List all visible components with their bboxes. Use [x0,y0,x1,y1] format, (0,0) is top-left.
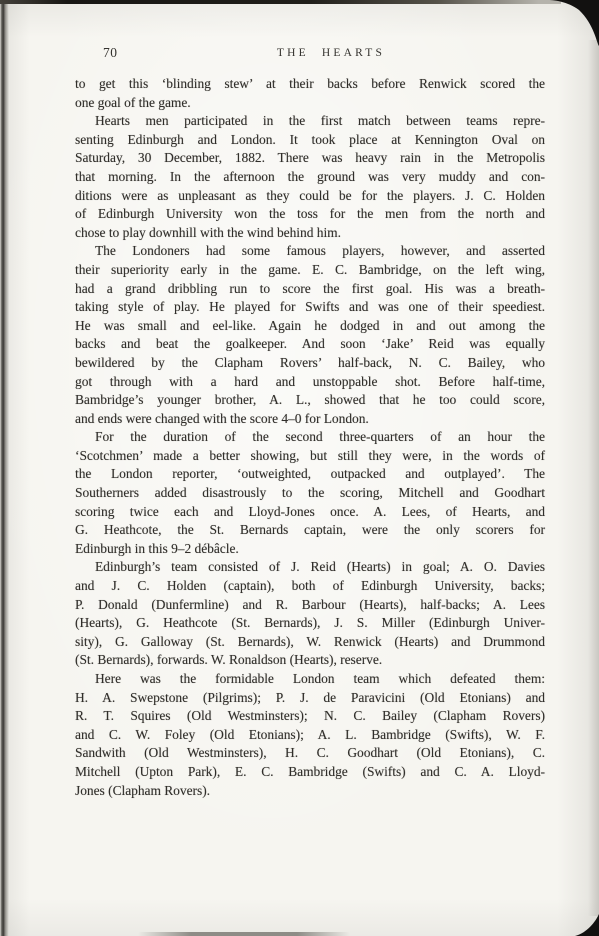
text-line: and ends were changed with the score 4–0… [75,410,545,429]
text-line: ditions were as unpleasant as they could… [75,187,545,206]
text-line: had a grand dribbling run to score the f… [75,280,545,299]
text-line: got through with a hard and unstoppable … [75,373,545,392]
scan-corner-bottom-right [575,914,599,936]
text-line: Mitchell (Upton Park), E. C. Bambridge (… [75,763,545,782]
text-line: Hearts men participated in the first mat… [75,112,545,131]
text-line: Edinburgh in this 9–2 débâcle. [75,540,545,559]
text-line: that morning. In the afternoon the groun… [75,168,545,187]
body-text: to get this ‘blinding stew’ at their bac… [75,75,545,800]
book-page-scan: 70 THE HEARTS to get this ‘blinding stew… [0,0,599,936]
scan-smudge-bottom [138,932,350,936]
text-line: of Edinburgh University won the toss for… [75,205,545,224]
text-line: scoring twice each and Lloyd-Jones once.… [75,503,545,522]
text-line: to get this ‘blinding stew’ at their bac… [75,75,545,94]
text-line: backs and beat the goalkeeper. And soon … [75,335,545,354]
text-line: Here was the formidable London team whic… [75,670,545,689]
scan-corner-top-right [547,0,599,46]
text-line: (Hearts), G. Heathcote (St. Bernards), J… [75,614,545,633]
scan-edge-left [0,0,9,936]
running-title: THE HEARTS [0,47,599,59]
text-line: Edinburgh’s team consisted of J. Reid (H… [75,558,545,577]
page-edge-shading [588,40,599,916]
text-line: ‘Scotchmen’ made a better showing, but s… [75,447,545,466]
text-line: R. T. Squires (Old Westminsters); N. C. … [75,707,545,726]
scan-edge-top [0,0,561,4]
text-line: H. A. Swepstone (Pilgrims); P. J. de Par… [75,689,545,708]
text-line: Sandwith (Old Westminsters), H. C. Goodh… [75,744,545,763]
text-line: one goal of the game. [75,94,545,113]
text-line: Southerners added disastrously to the sc… [75,484,545,503]
text-line: and C. W. Foley (Old Etonians); A. L. Ba… [75,726,545,745]
text-line: bewildered by the Clapham Rovers’ half-b… [75,354,545,373]
text-line: sity), G. Galloway (St. Bernards), W. Re… [75,633,545,652]
text-line: and J. C. Holden (captain), both of Edin… [75,577,545,596]
text-line: Saturday, 30 December, 1882. There was h… [75,149,545,168]
text-line: Bambridge’s younger brother, A. L., show… [75,391,545,410]
text-line: the London reporter, ‘outweighted, outpa… [75,465,545,484]
text-line: G. Heathcote, the St. Bernards captain, … [75,521,545,540]
text-line: taking style of play. He played for Swif… [75,298,545,317]
text-line: The Londoners had some famous players, h… [75,242,545,261]
text-line: P. Donald (Dunfermline) and R. Barbour (… [75,596,545,615]
text-line: chose to play downhill with the wind beh… [75,224,545,243]
text-line: He was small and eel-like. Again he dodg… [75,317,545,336]
text-line: For the duration of the second three-qua… [75,428,545,447]
text-line: (St. Bernards), forwards. W. Ronaldson (… [75,651,545,670]
text-line: Jones (Clapham Rovers). [75,782,545,801]
text-line: their superiority early in the game. E. … [75,261,545,280]
text-line: senting Edinburgh and London. It took pl… [75,131,545,150]
